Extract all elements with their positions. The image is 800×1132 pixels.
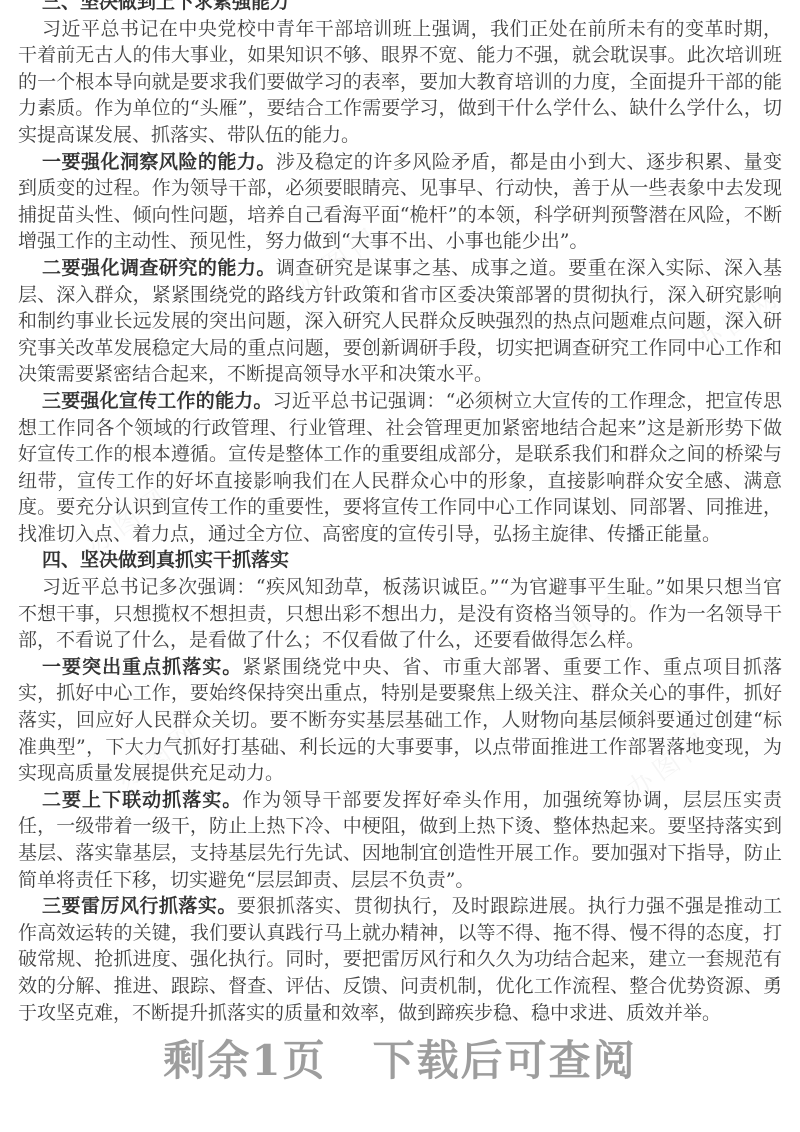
section-heading: 三、坚决做到上下求索强能力 — [18, 0, 782, 16]
paragraph: 三要强化宣传工作的能力。习近平总书记强调：“必须树立大宣传的工作理念，把宣传思想… — [18, 388, 782, 548]
paragraph-lead: 三要强化宣传工作的能力。 — [42, 390, 273, 412]
download-hint-label: 下载后可查阅 — [373, 1036, 637, 1085]
section-heading: 四、坚决做到真抓实干抓落实 — [18, 547, 782, 574]
paragraph: 习近平总书记多次强调：“疾风知劲草，板荡识诚臣。”“为官避事平生耻。”如果只想当… — [18, 574, 782, 654]
paragraph-lead: 一要突出重点抓落实。 — [42, 656, 242, 678]
paragraph-lead: 一要强化洞察风险的能力。 — [42, 151, 276, 173]
document-page: 三、坚决做到上下求索强能力习近平总书记在中央党校中青年干部培训班上强调，我们正处… — [0, 0, 800, 1132]
paragraph-lead: 三要雷厉风行抓落实。 — [42, 895, 237, 917]
paragraph: 二要上下联动抓落实。作为领导干部要发挥好牵头作用，加强统筹协调，层层压实责任，一… — [18, 787, 782, 893]
paragraph: 一要突出重点抓落实。紧紧围绕党中央、省、市重大部署、重要工作、重点项目抓落实，抓… — [18, 654, 782, 787]
pages-remaining-label: 剩余1页 — [163, 1036, 326, 1085]
paragraph: 一要强化洞察风险的能力。涉及稳定的许多风险矛盾，都是由小到大、逐步积累、量变到质… — [18, 149, 782, 255]
remaining-pages-banner: 剩余1页下载后可查阅 — [0, 1028, 800, 1088]
paragraph: 习近平总书记在中央党校中青年干部培训班上强调，我们正处在前所未有的变革时期，干着… — [18, 16, 782, 149]
paragraph-lead: 二要强化调查研究的能力。 — [42, 257, 276, 279]
paragraph-lead: 二要上下联动抓落实。 — [42, 789, 242, 811]
document-body: 三、坚决做到上下求索强能力习近平总书记在中央党校中青年干部培训班上强调，我们正处… — [18, 0, 782, 1026]
paragraph: 二要强化调查研究的能力。调查研究是谋事之基、成事之道。要重在深入实际、深入基层、… — [18, 255, 782, 388]
paragraph: 三要雷厉风行抓落实。要狠抓落实、贯彻执行，及时跟踪进展。执行力强不强是推动工作高… — [18, 893, 782, 1026]
